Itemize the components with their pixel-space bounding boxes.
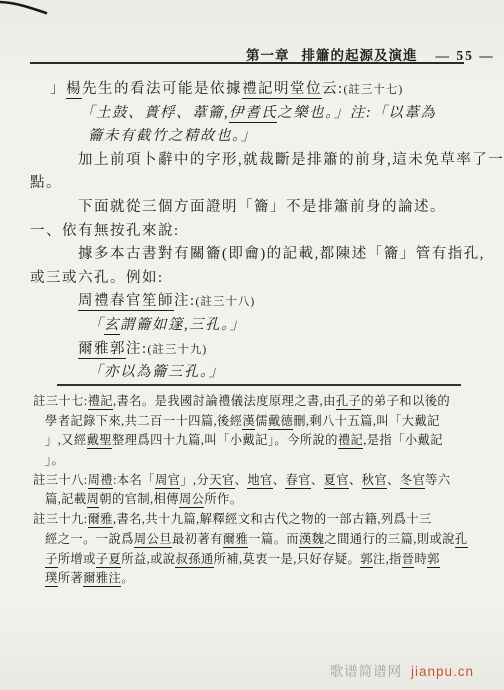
proper-noun-text: 郭 [360,552,373,568]
text-segment: 」,分 [180,473,209,487]
text-segment: 「土鼓、蕢桴、葦籥, [80,105,229,121]
body-text: 」楊先生的看法可能是依據禮記明堂位云:(註三十七)「土鼓、蕢桴、葦籥,伊耆氏之樂… [0,78,504,385]
footnote-line: 子所增或子夏所益,或說叔孫通所補,莫衷一是,只好存疑。郭注,指晉時郭 [0,550,504,570]
proper-noun-text: 玄 [104,317,120,335]
text-segment: 所增或 [58,552,96,566]
footnote-line: 篇,記載周朝的官制,相傳周公所作。 [0,490,504,510]
body-line: 一、依有無按孔來說: [0,220,504,244]
footnote-line: 註三十九:爾雅,書名,共十九篇,解釋經文和古代之物的一部古籍,列爲十三 [0,510,504,530]
book-page: 第一章 排簫的起源及演進 — 55 — 」楊先生的看法可能是依據禮記明堂位云:(… [0,0,504,690]
text-segment: 篇,記載 [45,492,87,506]
text-segment: 之間通行的三篇,則或說 [324,532,454,546]
text-segment: 所著 [58,571,83,585]
watermark-site-name: 歌谱简谱网 [330,664,403,679]
text-segment: 「亦以為籥三孔。」 [88,364,225,380]
proper-noun-text: 爾雅注 [83,571,121,587]
body-line: 加上前項卜辭中的字形,就裁斷是排簫的前身,這未免草率了一 [0,149,504,173]
watermark-site-url: jianpu.cn [411,664,474,679]
text-segment: 點。 [30,175,62,191]
proper-noun-text: 地官 [247,473,272,489]
proper-noun-text: 楊 [66,81,82,99]
proper-noun-text: 秋官 [362,473,387,489]
body-line: 「亦以為籥三孔。」 [0,361,504,385]
text-segment: 最初著有 [172,532,223,546]
text-segment: 之樂也。」注:「以葦為 [277,105,436,121]
text-segment: 謂籥如篴,三孔。」 [120,317,246,333]
text-segment: 」。 [45,453,64,467]
body-line: 據多本古書對有關籥(即龠)的記載,都陳述「籥」管有指孔, [0,243,504,267]
proper-noun-text: 子 [45,552,58,568]
footnote-line: 璞所著爾雅注。 [0,569,504,589]
footnote-line: 」。 [0,451,504,471]
text-segment: 云: [322,81,344,97]
text-segment: 時 [414,552,427,566]
text-segment: 註三十七: [33,394,88,408]
text-segment: 刪,剩八十五篇,叫「大戴記 [293,414,440,428]
text-segment: ,書名。是我國討論禮儀法度原理之書,由 [113,394,336,408]
text-segment: 下面就從三個方面證明「籥」不是排簫前身的論述。 [78,199,446,215]
proper-noun-text: 禮記 [88,394,113,410]
proper-noun-text: 漢魏 [299,532,324,548]
proper-noun-text: 冬官 [400,473,425,489]
text-segment: 儒 [255,414,268,428]
text-segment: 、 [311,473,324,487]
text-segment: 注,指 [373,552,402,566]
text-segment: 。 [121,571,134,585]
body-line: 下面就從三個方面證明「籥」不是排簫前身的論述。 [0,196,504,220]
proper-noun-text: 郭 [427,552,440,568]
text-segment: 、 [235,473,248,487]
text-segment: 的弟子和以後的 [361,394,450,408]
footnote-line: 學者記錄下來,共二百一十四篇,後經漢儒戴德刪,剩八十五篇,叫「大戴記 [0,412,504,432]
footnote-line: 註三十七:禮記,書名。是我國討論禮儀法度原理之書,由孔子的弟子和以後的 [0,392,504,412]
text-segment: 「 [88,317,104,333]
text-segment: 所益,或說 [121,552,175,566]
text-segment: 據多本古書對有關籥(即龠)的記載,都陳述「籥」管有指孔, [78,246,485,262]
proper-noun-text: 周禮 [88,473,113,489]
text-segment: 」,又經 [45,433,87,447]
text-segment: 籥未有截竹之精故也。」 [88,128,257,144]
body-line: 」楊先生的看法可能是依據禮記明堂位云:(註三十七) [0,78,504,102]
proper-noun-text: 周公旦 [134,532,172,548]
text-segment: 所作。 [204,492,242,506]
proper-noun-text: 夏官 [324,473,349,489]
text-segment: 註三十九: [33,512,88,526]
body-line: 「土鼓、蕢桴、葦籥,伊耆氏之樂也。」注:「以葦為 [0,102,504,126]
proper-noun-text: 周禮春官 [78,293,142,311]
body-line: 爾雅郭注:(註三十九) [0,338,504,362]
header-rule [30,62,464,64]
text-segment: ,是指「小戴記 [363,433,443,447]
proper-noun-text: 笙師 [142,293,174,311]
text-segment: 註三十八: [33,473,88,487]
chapter-label: 第一章 [246,44,290,64]
text-segment: 注: [174,293,196,309]
proper-noun-text: 孔 [455,532,468,548]
text-segment: 學者記錄下來,共二百一十四篇,後經 [45,414,242,428]
proper-noun-text: 禮記 [338,433,363,449]
text-segment: 朝的官制,相傳 [99,492,179,506]
body-line: 點。 [0,172,504,196]
text-segment: 」 [50,81,66,97]
proper-noun-text: 爾雅 [78,341,110,359]
text-segment: (註三十八) [196,296,256,308]
scan-artifact [0,0,52,21]
text-segment: 一篇。而 [248,532,299,546]
text-segment: (註三十七) [344,84,404,96]
text-segment: ,書名,共十九篇,解釋經文和古代之物的一部古籍,列爲十三 [113,512,432,526]
text-segment: 、 [387,473,400,487]
footnotes: 註三十七:禮記,書名。是我國討論禮儀法度原理之書,由孔子的弟子和以後的學者記錄下… [0,392,504,589]
proper-noun-text: 周官 [155,473,180,489]
proper-noun-text: 周 [87,492,100,508]
text-segment: 、 [349,473,362,487]
body-line: 籥未有截竹之精故也。」 [0,125,504,149]
text-segment: 一、依有無按孔來說: [30,223,180,239]
proper-noun-text: 禮記明堂位 [242,81,322,99]
proper-noun-text: 漢 [242,414,255,430]
proper-noun-text: 天官 [209,473,234,489]
text-segment: 、 [273,473,286,487]
footnote-line: 註三十八:周禮:本名「周官」,分天官、地官、春官、夏官、秋官、冬官等六 [0,471,504,491]
text-segment: 或三或六孔。例如: [30,270,164,286]
page-header: 第一章 排簫的起源及演進 — 55 — [246,44,495,64]
footnote-line: 經之一。一說爲周公旦最初著有爾雅一篇。而漢魏之間通行的三篇,則或說孔 [0,530,504,550]
proper-noun-text: 子夏 [96,552,121,568]
proper-noun-text: 爾雅 [223,532,248,548]
body-line: 或三或六孔。例如: [0,267,504,291]
proper-noun-text: 叔孫通 [175,552,213,568]
text-segment: :本名「 [113,473,155,487]
text-segment: 等六 [425,473,450,487]
proper-noun-text: 璞 [45,571,58,587]
proper-noun-text: 爾雅 [88,512,113,528]
proper-noun-text: 郭 [110,341,126,359]
text-segment: 注: [126,341,148,357]
footnote-separator [57,384,461,386]
text-segment: 經之一。一說爲 [45,532,134,546]
body-line: 周禮春官笙師注:(註三十八) [0,290,504,314]
text-segment: (註三十九) [148,344,208,356]
text-segment: 所補,莫衷一是,只好存疑。 [214,552,361,566]
body-line: 「玄謂籥如篴,三孔。」 [0,314,504,338]
text-segment: 先生的看法可能是依據 [82,81,242,97]
proper-noun-text: 戴聖 [87,433,112,449]
text-segment: 加上前項卜辭中的字形,就裁斷是排簫的前身,這未免草率了一 [78,152,504,168]
proper-noun-text: 孔子 [336,394,361,410]
proper-noun-text: 戴德 [268,414,293,430]
text-segment: 整理爲四十九篇,叫「小戴記」。今所說的 [112,433,338,447]
proper-noun-text: 周公 [179,492,204,508]
watermark: 歌谱简谱网 jianpu.cn [330,660,474,680]
proper-noun-text: 春官 [285,473,310,489]
chapter-title: 排簫的起源及演進 [302,44,418,64]
proper-noun-text: 晉 [402,552,415,568]
proper-noun-text: 伊耆氏 [229,105,277,123]
footnote-line: 」,又經戴聖整理爲四十九篇,叫「小戴記」。今所說的禮記,是指「小戴記 [0,431,504,451]
